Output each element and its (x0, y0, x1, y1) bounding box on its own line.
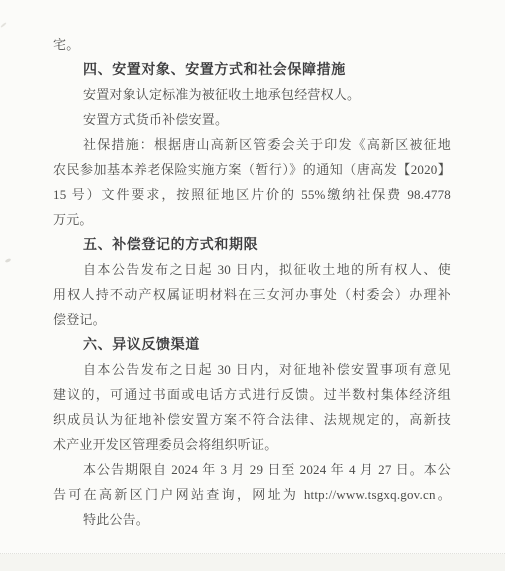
section-4-paragraph-3-line-3: 15 号）文件要求，按照征地区片价的 55%缴纳社保费 98.4778 (53, 182, 451, 207)
closing-statement: 特此公告。 (53, 507, 451, 532)
notice-period-line-2: 告可在高新区门户网站查询，网址为 http://www.tsgxq.gov.cn… (53, 482, 451, 507)
section-5-paragraph-line-3: 偿登记。 (53, 307, 451, 332)
section-4-paragraph-1: 安置对象认定标准为被征收土地承包经营权人。 (53, 82, 451, 107)
scan-artifact-bottom-band (0, 554, 505, 571)
section-6-paragraph-line-3: 织成员认为征地补偿安置方案不符合法律、法规规定的，高新技 (53, 407, 451, 432)
document-text-block: 宅。 四、安置对象、安置方式和社会保障措施 安置对象认定标准为被征收土地承包经营… (53, 32, 451, 532)
section-6-paragraph-line-1: 自本公告发布之日起 30 日内，对征地补偿安置事项有意见 (53, 357, 451, 382)
scan-artifact-speck-top (0, 22, 7, 28)
section-5-paragraph-line-1: 自本公告发布之日起 30 日内，拟征收土地的所有权人、使 (53, 257, 451, 282)
previous-paragraph-continuation: 宅。 (53, 32, 451, 57)
scanned-announcement-page: 宅。 四、安置对象、安置方式和社会保障措施 安置对象认定标准为被征收土地承包经营… (0, 0, 505, 571)
section-4-paragraph-3-line-4: 万元。 (53, 207, 451, 232)
section-5-paragraph-line-2: 用权人持不动产权属证明材料在三女河办事处（村委会）办理补 (53, 282, 451, 307)
notice-period-line-1: 本公告期限自 2024 年 3 月 29 日至 2024 年 4 月 27 日。… (53, 457, 451, 482)
section-4-heading: 四、安置对象、安置方式和社会保障措施 (53, 57, 451, 82)
section-4-paragraph-2: 安置方式货币补偿安置。 (53, 107, 451, 132)
section-6-paragraph-line-2: 建议的，可通过书面或电话方式进行反馈。过半数村集体经济组 (53, 382, 451, 407)
section-4-paragraph-3-line-2: 农民参加基本养老保险实施方案（暂行）》的通知（唐高发【2020】 (53, 157, 451, 182)
section-6-heading: 六、异议反馈渠道 (53, 332, 451, 357)
section-5-heading: 五、补偿登记的方式和期限 (53, 232, 451, 257)
section-6-paragraph-line-4: 术产业开发区管理委员会将组织听证。 (53, 432, 451, 457)
section-4-paragraph-3-line-1: 社保措施：根据唐山高新区管委会关于印发《高新区被征地 (53, 132, 451, 157)
scan-artifact-speck-left (5, 258, 12, 263)
